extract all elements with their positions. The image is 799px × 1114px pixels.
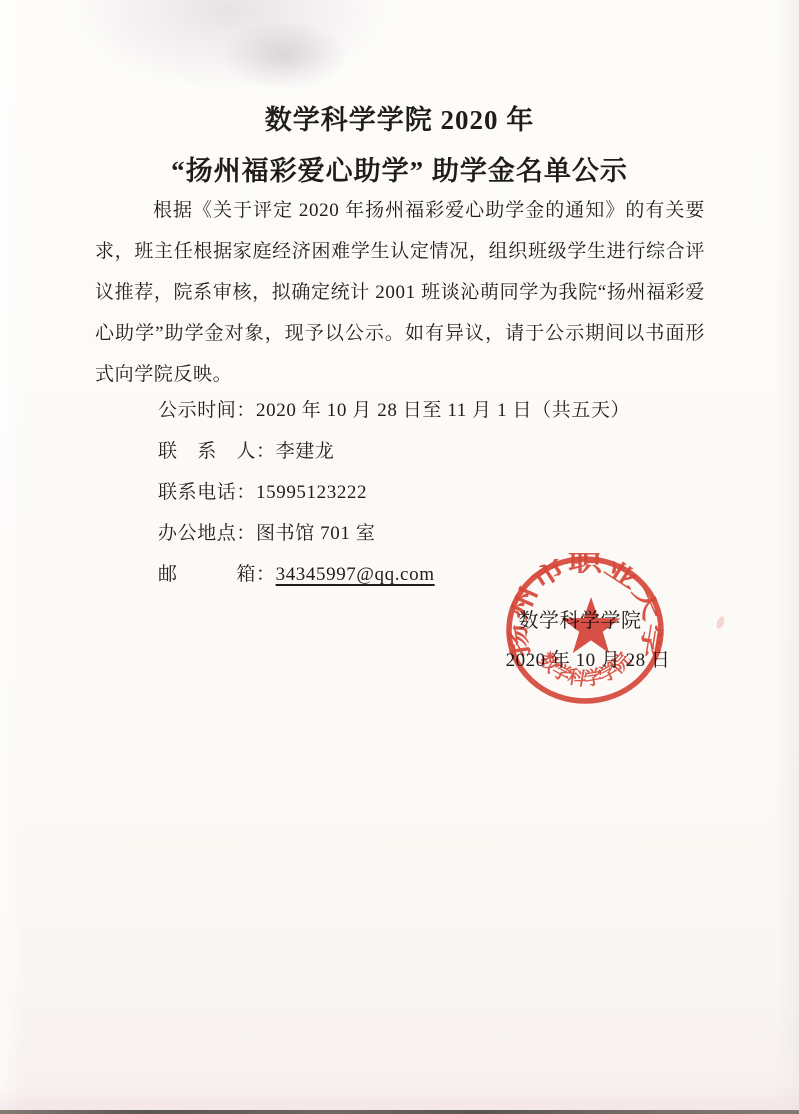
announcement-paragraph: 根据《关于评定 2020 年扬州福彩爱心助学金的通知》的有关要求，班主任根据家庭…	[95, 190, 705, 395]
scan-bottom-tint	[0, 1084, 799, 1110]
seal-ink-smudge	[715, 615, 726, 630]
scanned-announcement-page: 数学科学学院 2020 年 “扬州福彩爱心助学” 助学金名单公示 根据《关于评定…	[0, 0, 799, 1114]
detail-label: 办公地点：	[158, 523, 256, 544]
detail-value: 15995123222	[256, 482, 367, 503]
detail-row-contact-person: 联 系 人：李建龙	[158, 431, 630, 472]
seal-outer-text: 扬州市职业大学	[504, 553, 667, 660]
detail-row-phone: 联系电话：15995123222	[158, 472, 630, 513]
document-title-line1: 数学科学学院 2020 年	[0, 98, 799, 137]
detail-value: 2020 年 10 月 28 日至 11 月 1 日（共五天）	[256, 400, 630, 421]
document-title-line2: “扬州福彩爱心助学” 助学金名单公示	[0, 149, 799, 188]
detail-row-publicity-period: 公示时间：2020 年 10 月 28 日至 11 月 1 日（共五天）	[158, 390, 630, 431]
seal-inner-text: 数学科学学院	[534, 648, 635, 691]
detail-row-office: 办公地点：图书馆 701 室	[158, 513, 630, 554]
official-seal: 扬州市职业大学 数学科学学院	[502, 553, 670, 707]
scan-edge-artifact	[0, 1110, 799, 1114]
detail-label: 联系电话：	[158, 482, 256, 503]
detail-value: 李建龙	[276, 441, 335, 462]
detail-label: 邮 箱：	[158, 564, 276, 585]
detail-label: 公示时间：	[158, 400, 256, 421]
seal-star-icon	[562, 597, 621, 653]
detail-label: 联 系 人：	[158, 441, 276, 462]
detail-value: 图书馆 701 室	[256, 523, 375, 544]
email-value: 34345997@qq.com	[276, 564, 435, 585]
